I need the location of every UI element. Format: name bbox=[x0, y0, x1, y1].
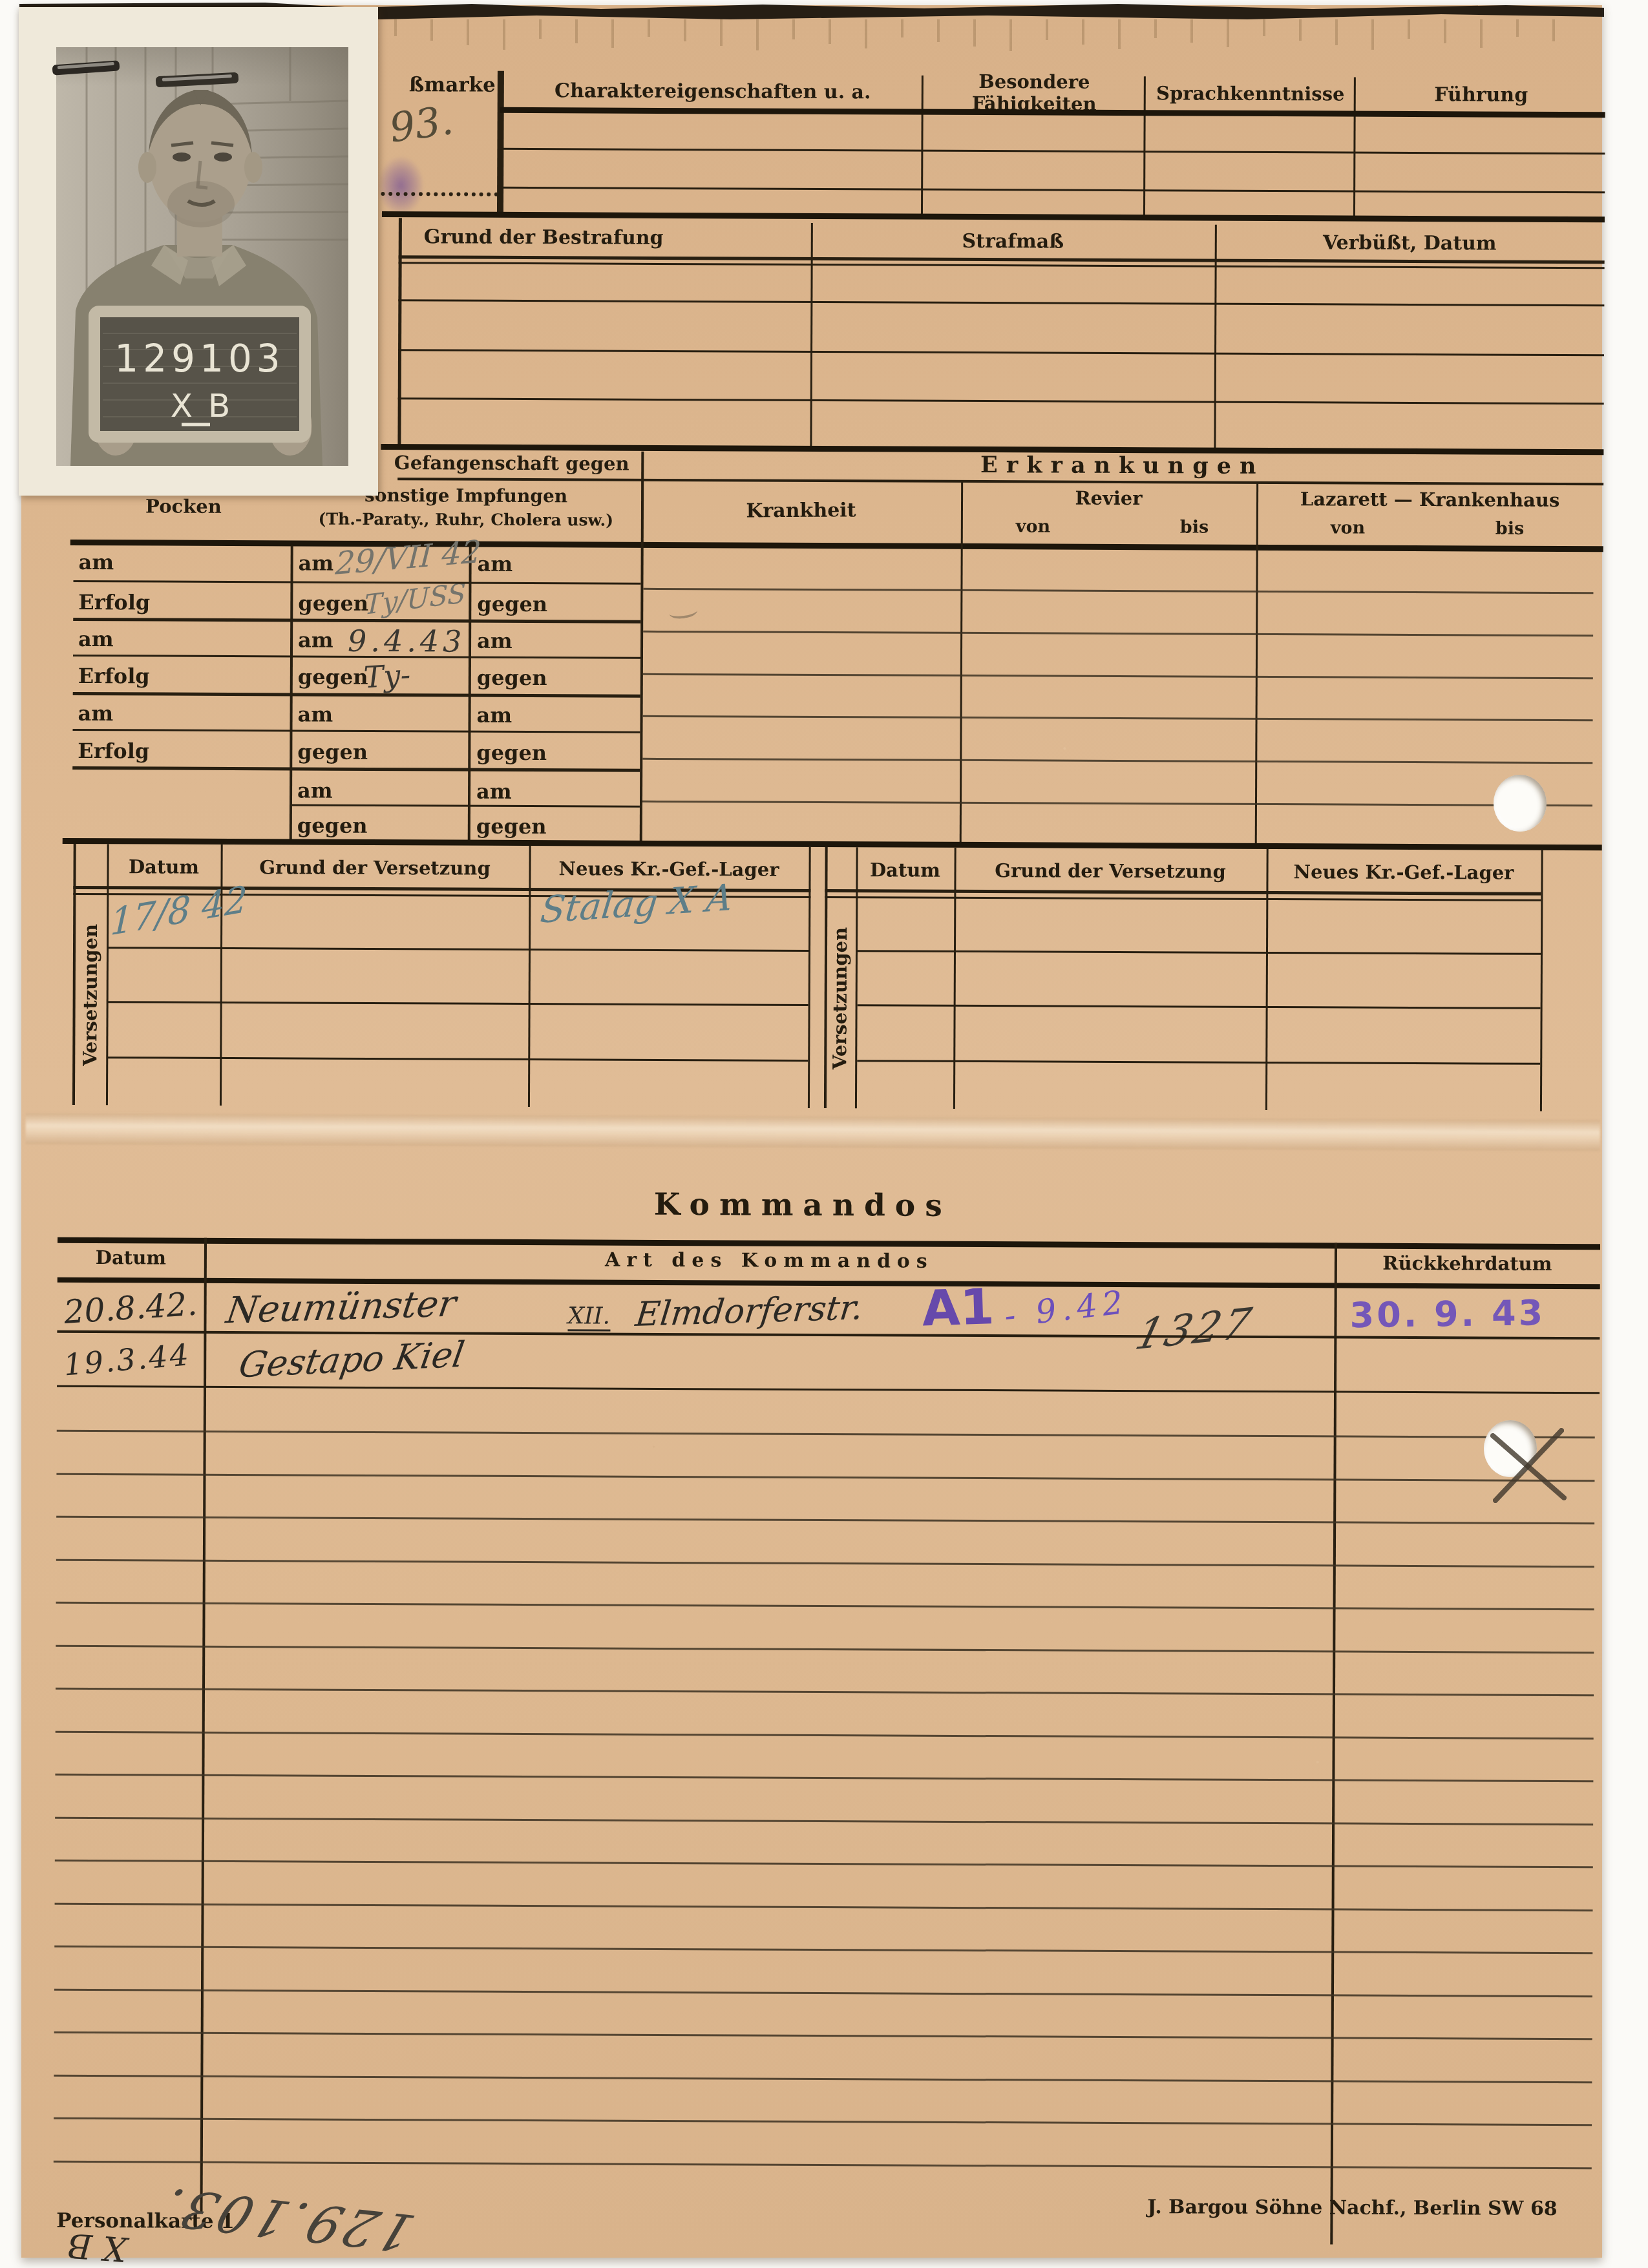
kommandos-title: Kommandos bbox=[480, 1186, 1126, 1224]
transfers-right-side-label: Versetzungen bbox=[824, 901, 856, 1095]
section1-left-border bbox=[497, 71, 504, 216]
column-header-revier: Revier bbox=[961, 487, 1256, 510]
vacc2-gegen-1: gegen bbox=[298, 591, 368, 615]
vacc-rule-6 bbox=[72, 766, 640, 772]
section2-row-rule-2 bbox=[398, 349, 1604, 356]
kommando-row1-date: 20.8.42. bbox=[63, 1285, 198, 1331]
pocken-am-3: am bbox=[78, 701, 114, 726]
tr-header-rule-a bbox=[825, 889, 1541, 896]
column-header-krankheit: Krankheit bbox=[641, 498, 961, 523]
kommando-row1-number: 1327 bbox=[1130, 1299, 1258, 1360]
kommando-row1-place: Neumünster bbox=[224, 1283, 459, 1332]
kommandos-row2-rule bbox=[57, 1385, 1600, 1394]
tr-row-rule-2 bbox=[858, 1004, 1541, 1009]
vacc3-am-4: am bbox=[476, 779, 512, 804]
x-mark-over-hole bbox=[1481, 1416, 1578, 1513]
column-header-punish-served: Verbüßt, Datum bbox=[1215, 229, 1605, 257]
erkennungsmarke-label-fragment: ßmarke bbox=[379, 73, 496, 97]
kommando-row2-date: 19.3.44 bbox=[62, 1337, 191, 1382]
tr-header-grund: Grund der Versetzung bbox=[954, 857, 1266, 885]
vacc-rule-5 bbox=[72, 729, 640, 733]
vacc2-gegen-4: gegen bbox=[297, 813, 368, 837]
kommando-row1-roman: XII. bbox=[567, 1303, 610, 1331]
vaccination-header-fragment: Gefangenschaft gegen bbox=[384, 450, 639, 476]
vacc2-am-3: am bbox=[298, 702, 333, 726]
illness-header: Erkrankungen bbox=[641, 450, 1603, 480]
fold-crease bbox=[26, 1113, 1600, 1151]
erkennungsmarke-number-handwritten: 93. bbox=[386, 96, 456, 152]
tr-header-rule-b bbox=[825, 896, 1541, 901]
section3-subheader-rule bbox=[70, 540, 1603, 552]
column-header-skills: Besondere Fähigkeiten bbox=[925, 78, 1144, 107]
revier-bis-label: bis bbox=[1180, 517, 1209, 537]
purple-stamp-smudge bbox=[377, 156, 424, 215]
vacc2-gegen-3: gegen bbox=[297, 739, 368, 764]
plate-camp: X B bbox=[171, 387, 233, 425]
kommando-row1-street: Elmdorferstr. bbox=[633, 1288, 865, 1334]
column-header-punish-measure: Strafmaß bbox=[811, 227, 1215, 255]
kommando-row1-stamp: A1 bbox=[921, 1277, 995, 1337]
kommando-row2-art: Gestapo Kiel bbox=[236, 1334, 467, 1385]
vacc3-am-1: am bbox=[478, 552, 513, 576]
tl-row-rule-1 bbox=[108, 947, 808, 952]
tl-border-grund bbox=[528, 846, 531, 1107]
vacc3-gegen-4: gegen bbox=[476, 814, 547, 839]
transfer-newcamp-handwritten: Stalag X A bbox=[538, 877, 735, 932]
tr-border-grund bbox=[1265, 849, 1269, 1110]
column-header-languages: Sprachkenntnisse bbox=[1147, 79, 1354, 108]
vacc-rule-1 bbox=[73, 580, 640, 585]
vacc2-am-4: am bbox=[297, 778, 333, 803]
pocken-erfolg-1: Erfolg bbox=[78, 590, 150, 614]
tl-border-right bbox=[808, 847, 811, 1108]
kommandos-blank-rules bbox=[54, 1430, 1595, 2212]
vacc-rule-7 bbox=[292, 804, 640, 807]
vacc3-am-2: am bbox=[477, 629, 512, 653]
reverse-camp-handwritten: X B bbox=[66, 2225, 128, 2268]
column-header-traits: Charaktereigenschaften u. a. bbox=[504, 76, 922, 107]
tr-header-neues: Neues Kr.-Gef.-Lager bbox=[1266, 859, 1541, 886]
column-header-other-vacc-2: (Th.-Paraty., Ruhr, Cholera usw.) bbox=[291, 508, 641, 530]
vacc3-gegen-2: gegen bbox=[477, 666, 547, 690]
punch-hole-top bbox=[1494, 775, 1547, 832]
kommandos-header-rueckkehr: Rückkehrdatum bbox=[1335, 1249, 1600, 1277]
vacc3-am-3: am bbox=[477, 703, 512, 728]
prisoner-photo: 129103 X B bbox=[19, 7, 378, 496]
tr-row-rule-3 bbox=[857, 1060, 1540, 1065]
transfers-left-side-label: Versetzungen bbox=[74, 898, 107, 1092]
tl-header-neues: Neues Kr.-Gef.-Lager bbox=[529, 856, 808, 883]
kommandos-header-art: Art des Kommandos bbox=[204, 1244, 1335, 1277]
vaccination-date-2: 9.4.43 bbox=[348, 624, 466, 659]
tl-row-rule-2 bbox=[108, 1001, 808, 1006]
tl-header-grund: Grund der Versetzung bbox=[220, 854, 529, 881]
vacc2-gegen-2: gegen bbox=[298, 664, 368, 689]
vacc2-am-1: am bbox=[299, 551, 334, 575]
column-header-pocken: Pocken bbox=[87, 494, 280, 518]
lazarett-bis-label: bis bbox=[1495, 519, 1524, 539]
revier-von-label: von bbox=[1016, 516, 1050, 536]
section1-row-rule-2 bbox=[500, 187, 1605, 193]
kommando-row1-return-date: 30. 9. 43 bbox=[1349, 1292, 1545, 1336]
scanned-pow-card-page: ßmarke 93. Charaktereigenschaften u. a. … bbox=[0, 0, 1648, 2268]
column-header-lazarett: Lazarett — Krankenhaus bbox=[1256, 488, 1603, 511]
vacc2-am-2: am bbox=[298, 627, 333, 652]
dotted-rule bbox=[366, 192, 498, 196]
plate-number: 129103 bbox=[114, 337, 284, 381]
section1-row-rule-1 bbox=[500, 148, 1605, 154]
lazarett-von-label: von bbox=[1331, 518, 1365, 538]
vacc-rule-2 bbox=[73, 618, 640, 624]
pocken-erfolg-3: Erfolg bbox=[78, 739, 149, 763]
kommando-row1-stamp-date: - 9.42 bbox=[1002, 1283, 1130, 1335]
section1-bottom-rule bbox=[382, 211, 1605, 222]
vaccination-against-2: Ty- bbox=[363, 657, 412, 695]
vacc3-gegen-1: gegen bbox=[477, 592, 547, 616]
pocken-erfolg-2: Erfolg bbox=[78, 664, 150, 688]
section2-left-border bbox=[397, 218, 402, 445]
vacc-rule-4 bbox=[73, 692, 640, 698]
column-header-punish-reason: Grund der Bestrafung bbox=[424, 226, 664, 249]
pocken-am-2: am bbox=[78, 627, 114, 651]
vacc3-gegen-3: gegen bbox=[476, 740, 547, 765]
illness-rules bbox=[642, 588, 1594, 850]
section2-row-rule-1 bbox=[398, 299, 1604, 306]
section2-row-rule-3 bbox=[398, 397, 1604, 404]
tr-border-right bbox=[1540, 850, 1543, 1111]
tl-row-rule-3 bbox=[107, 1056, 808, 1062]
kommandos-header-datum: Datum bbox=[58, 1244, 204, 1272]
printer-imprint: J. Bargou Söhne Nachf., Berlin SW 68 bbox=[1093, 2196, 1611, 2220]
tl-header-datum: Datum bbox=[107, 854, 220, 880]
tr-header-datum: Datum bbox=[856, 857, 954, 883]
tr-row-rule-1 bbox=[858, 950, 1541, 955]
pocken-am-1: am bbox=[79, 550, 114, 574]
tr-border-datum bbox=[953, 848, 956, 1109]
column-header-conduct: Führung bbox=[1357, 80, 1605, 110]
